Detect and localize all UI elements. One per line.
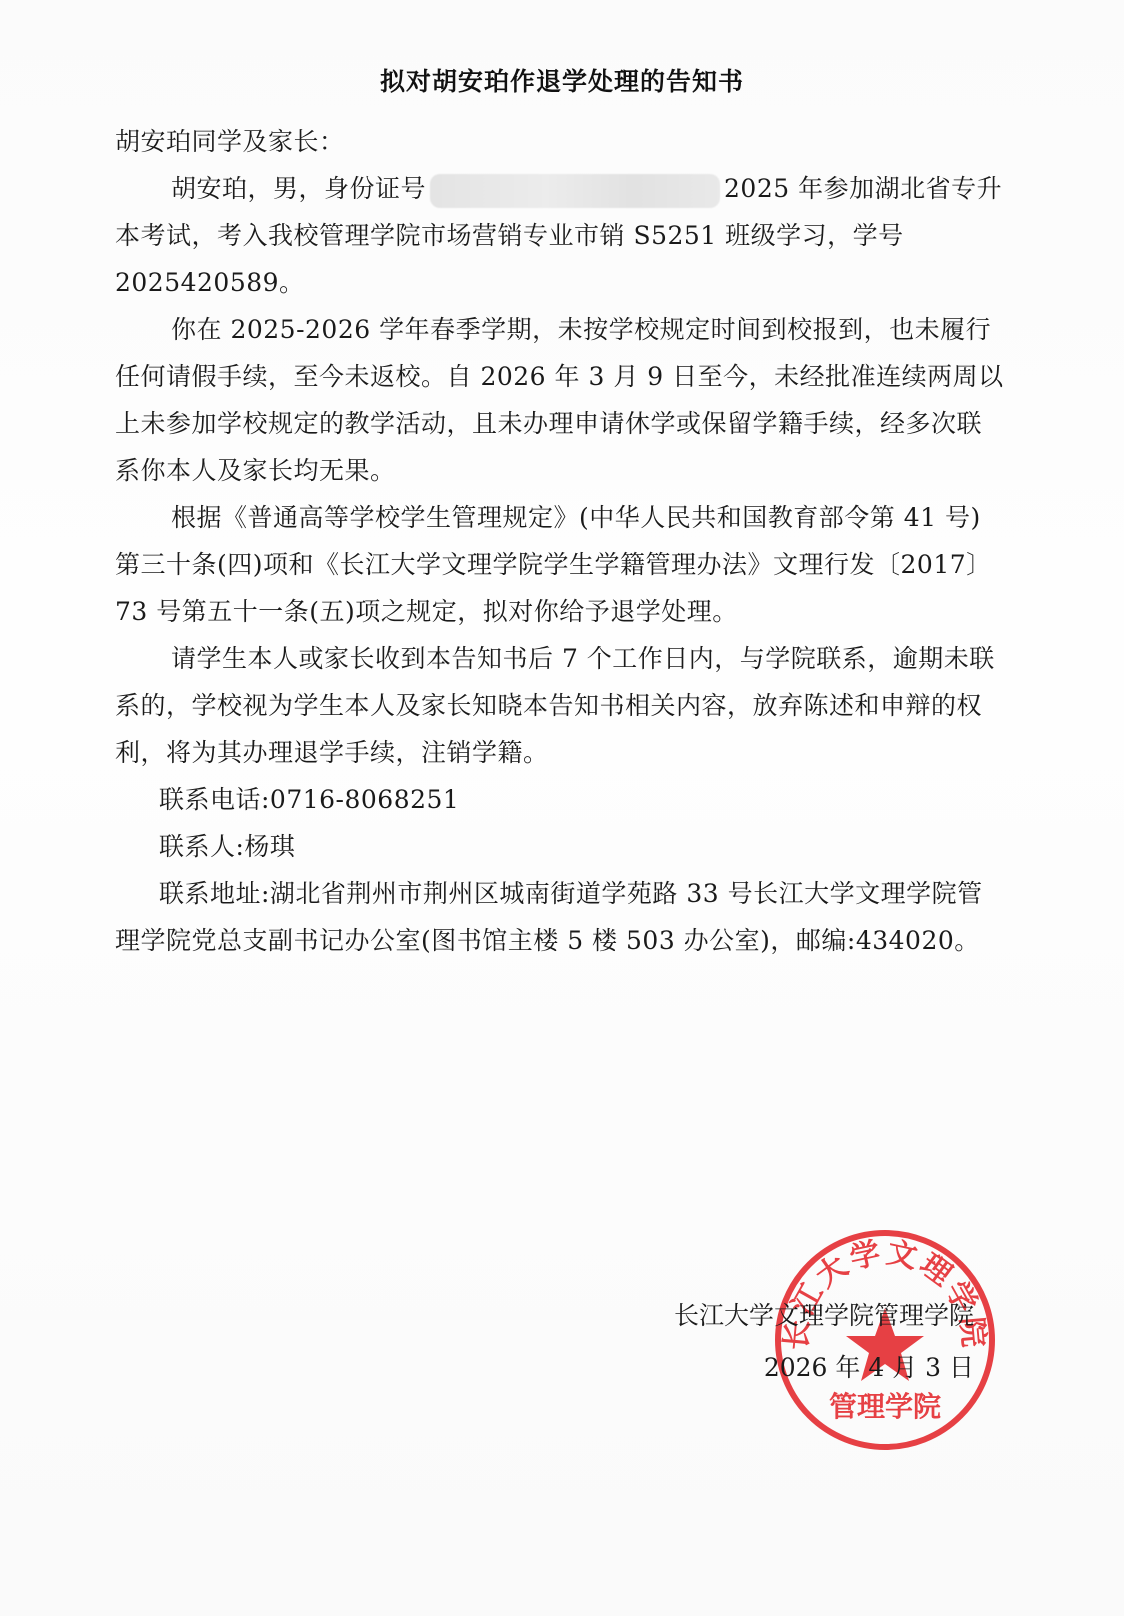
student-info-prefix: 胡安珀，男，身份证号	[171, 174, 426, 203]
document-body: 胡安珀同学及家长： 胡安珀，男，身份证号2025 年参加湖北省专升本考试，考入我…	[115, 118, 1005, 964]
signing-date: 2026 年 4 月 3 日	[674, 1342, 974, 1394]
signing-organization: 长江大学文理学院管理学院	[674, 1290, 974, 1342]
document-page: 拟对胡安珀作退学处理的告知书 胡安珀同学及家长： 胡安珀，男，身份证号2025 …	[0, 0, 1124, 1616]
contact-person: 联系人:杨琪	[115, 823, 1005, 870]
paragraph-deadline: 请学生本人或家长收到本告知书后 7 个工作日内，与学院联系，逾期未联系的，学校视…	[115, 635, 1005, 776]
redacted-id-number	[430, 174, 720, 208]
document-title: 拟对胡安珀作退学处理的告知书	[0, 62, 1124, 98]
signature-block: 长江大学文理学院管理学院 2026 年 4 月 3 日	[674, 1290, 974, 1394]
paragraph-absence: 你在 2025-2026 学年春季学期，未按学校规定时间到校报到，也未履行任何请…	[115, 306, 1005, 494]
paragraph-regulation: 根据《普通高等学校学生管理规定》(中华人民共和国教育部令第 41 号)第三十条(…	[115, 494, 1005, 635]
salutation: 胡安珀同学及家长：	[115, 118, 1005, 165]
paragraph-student-info: 胡安珀，男，身份证号2025 年参加湖北省专升本考试，考入我校管理学院市场营销专…	[115, 165, 1005, 306]
svg-text:管理学院: 管理学院	[829, 1390, 941, 1423]
contact-phone: 联系电话:0716-8068251	[115, 776, 1005, 823]
contact-address: 联系地址:湖北省荆州市荆州区城南街道学苑路 33 号长江大学文理学院管理学院党总…	[115, 870, 1005, 964]
